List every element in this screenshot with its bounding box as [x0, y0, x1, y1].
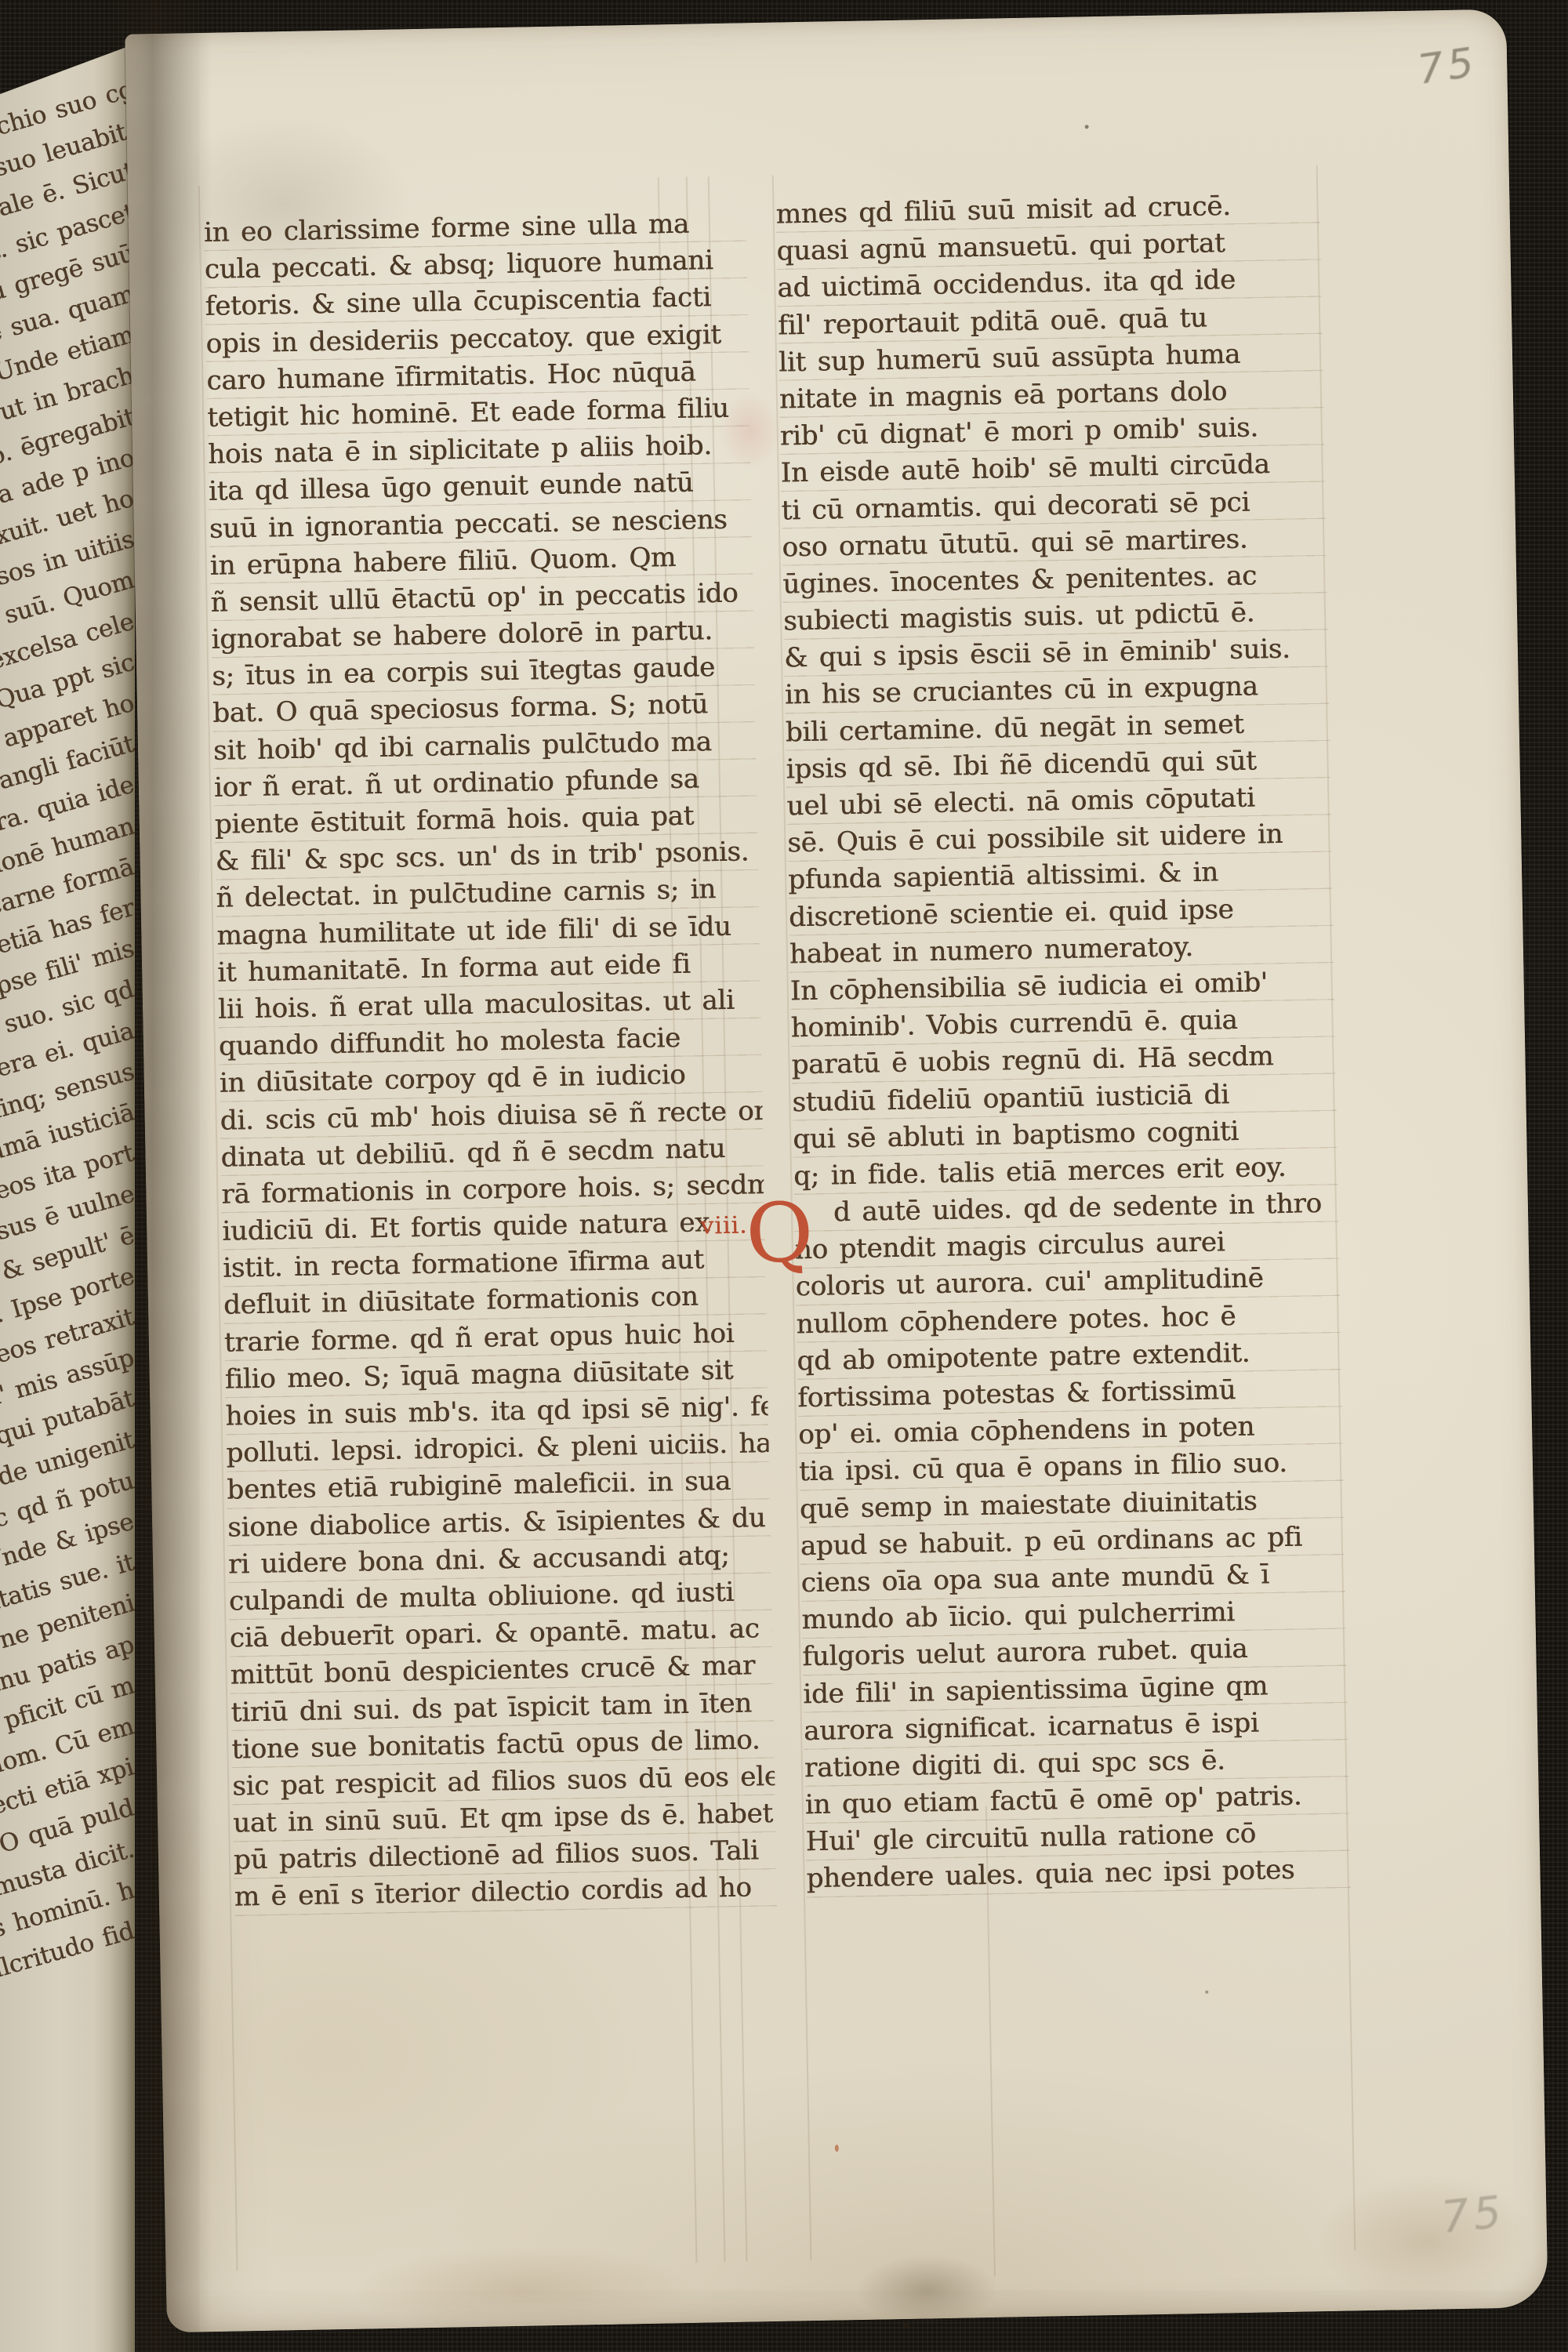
chapter-number-rubric: viii.	[700, 1211, 748, 1240]
ink-speck	[835, 2145, 839, 2152]
text-column-left: in eo clarissime forme sine ulla macula …	[204, 205, 778, 1920]
parchment-stain	[354, 2243, 692, 2336]
decorated-initial-q: Q	[744, 1194, 815, 1272]
text-column-right: mnes qd filiū suū misit ad crucē.quasi a…	[775, 187, 1351, 1902]
manuscript-page: 75 in eo clarissime forme sine ulla macu…	[125, 9, 1548, 2332]
ink-speck	[1205, 1991, 1208, 1994]
parchment-stain	[855, 2253, 998, 2326]
parchment-stain	[1317, 2172, 1539, 2310]
facing-page-edge: ascet. in brachio suo cg& in sinu suo le…	[0, 30, 135, 2352]
folio-number-bottom: 75	[1439, 2187, 1508, 2244]
folio-number-top: 75	[1414, 39, 1480, 94]
ink-speck	[1085, 125, 1089, 129]
manuscript-photo: ascet. in brachio suo cg& in sinu suo le…	[0, 0, 1568, 2352]
